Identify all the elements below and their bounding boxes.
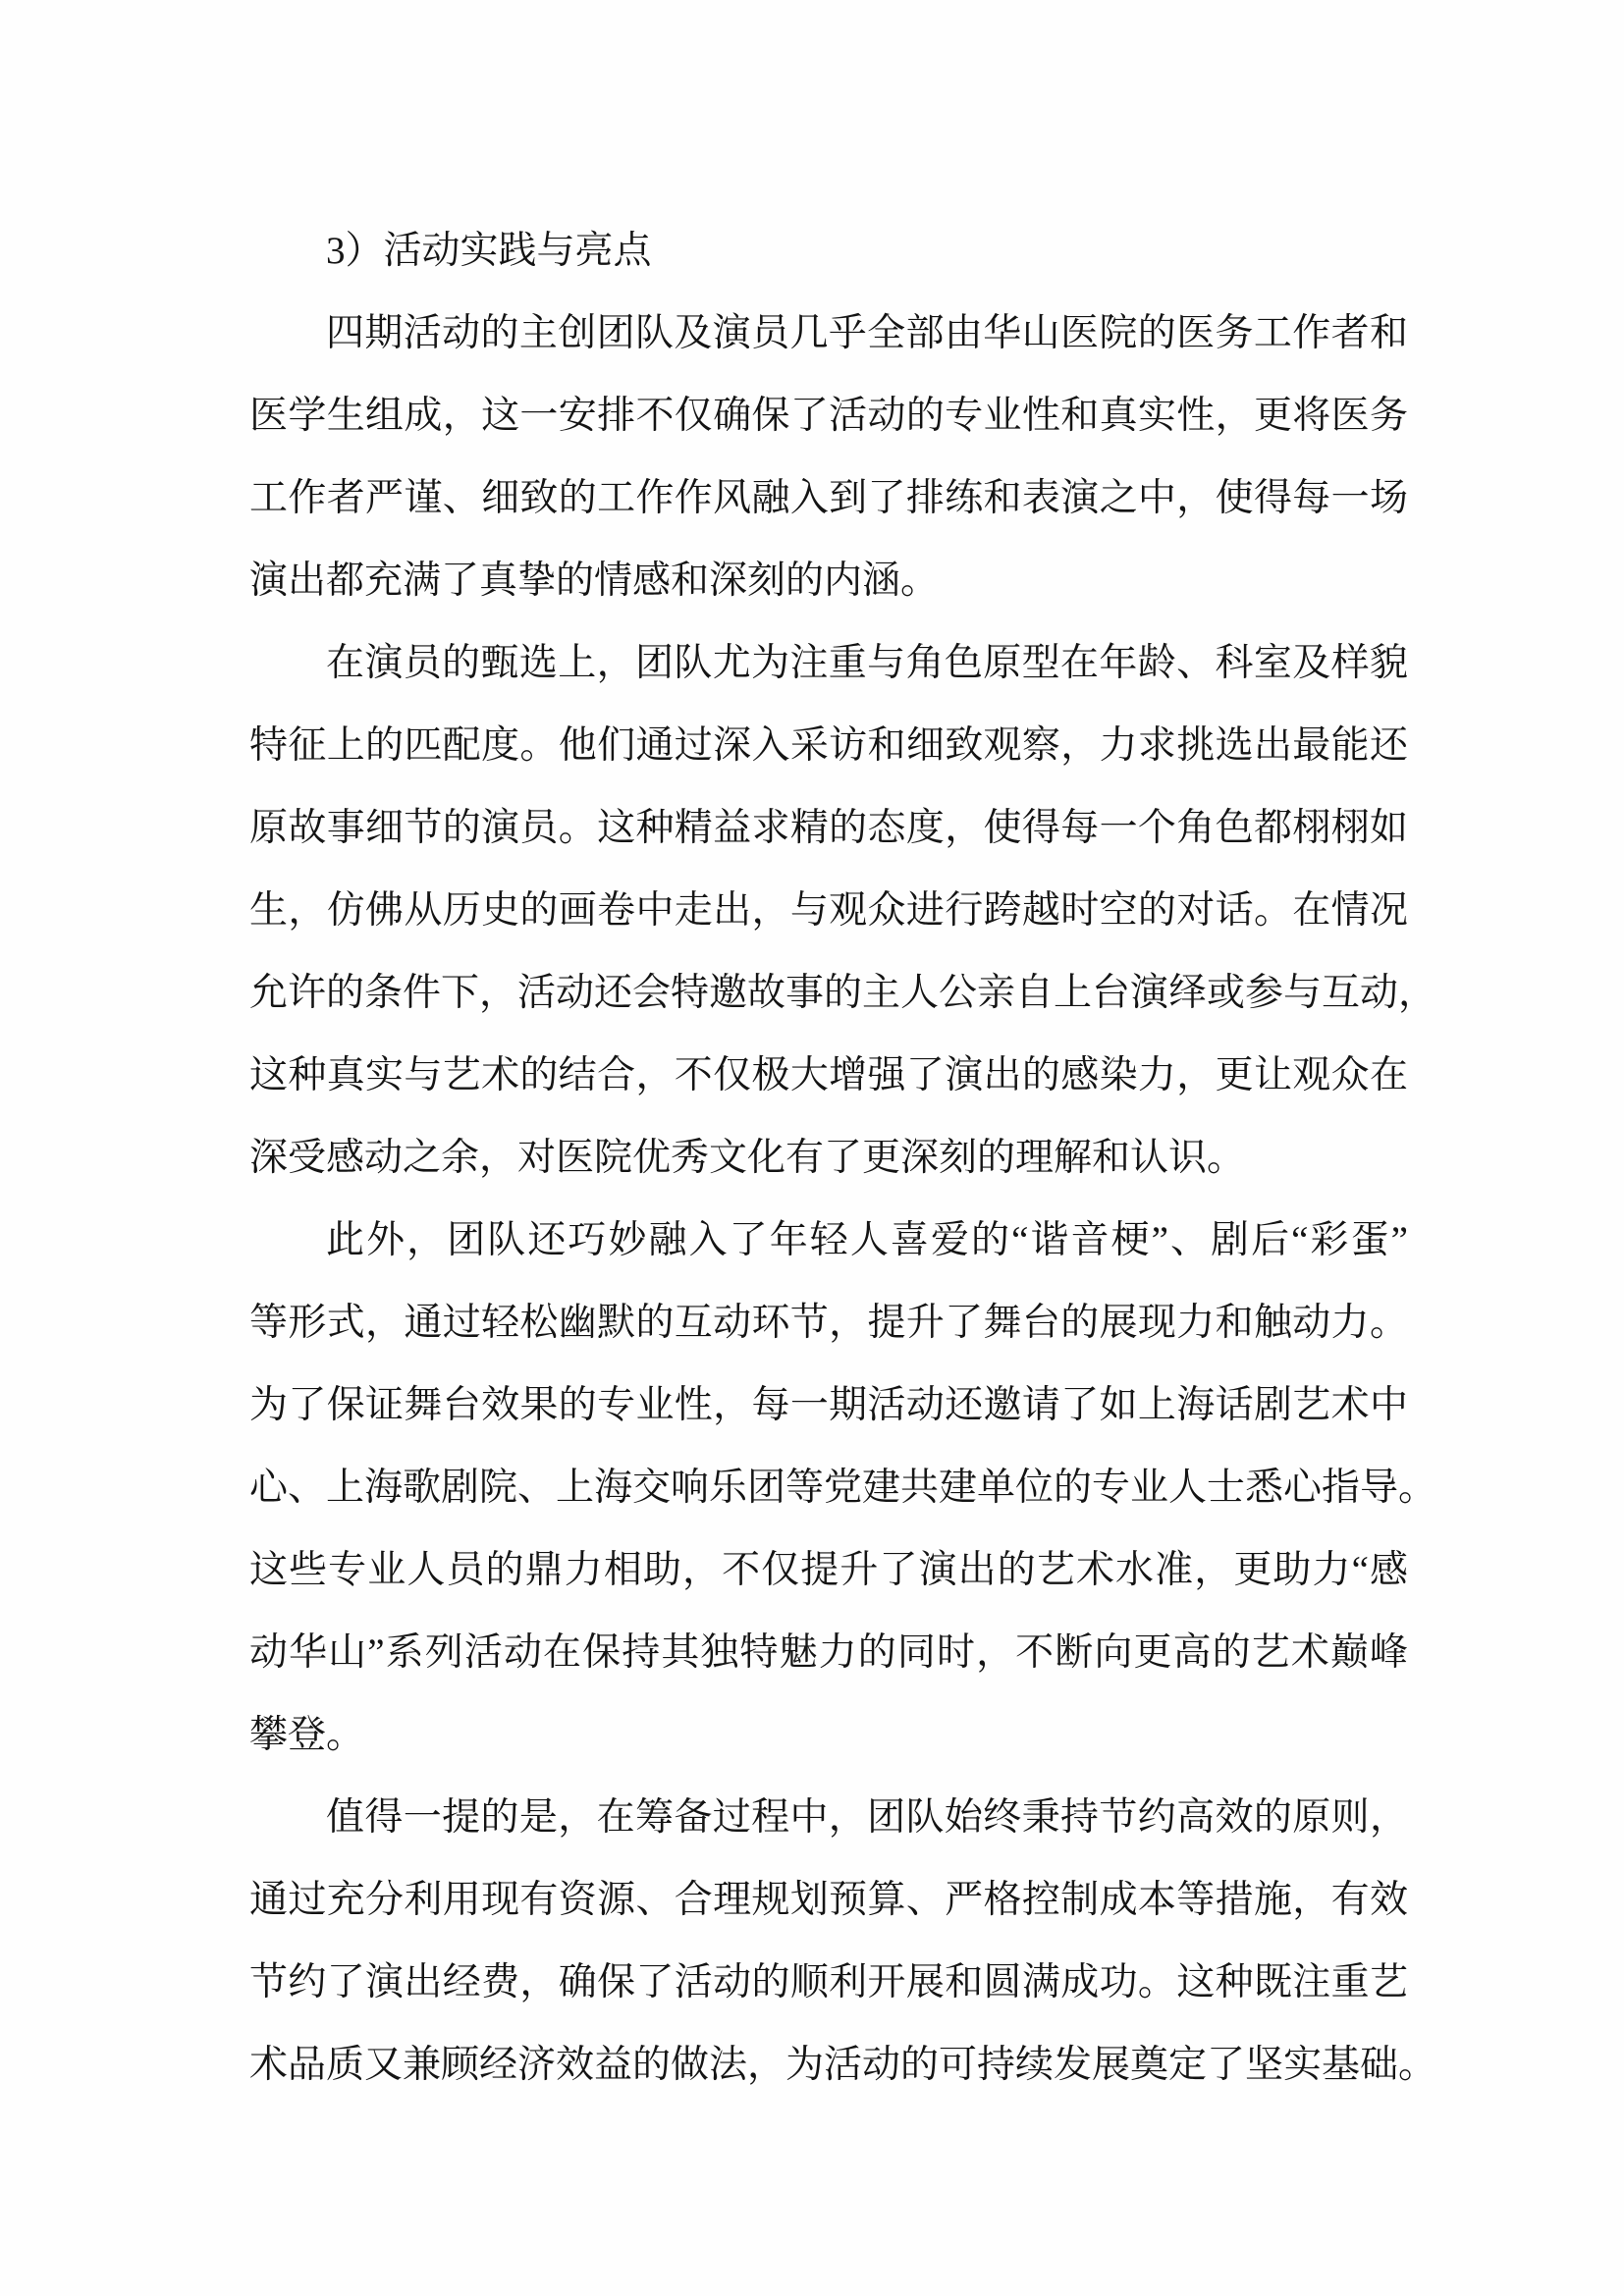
text-line: 此外，团队还巧妙融入了年轻人喜爱的“谐音梗”、剧后“彩蛋”	[249, 1200, 1408, 1282]
text-line: 工作者严谨、细致的工作作风融入到了排练和表演之中，使得每一场	[249, 457, 1408, 540]
text-line: 术品质又兼顾经济效益的做法，为活动的可持续发展奠定了坚实基础。	[249, 2024, 1408, 2107]
document-page: 3）活动实践与亮点 四期活动的主创团队及演员几乎全部由华山医院的医务工作者和 医…	[0, 0, 1624, 2296]
text-line: 节约了演出经费，确保了活动的顺利开展和圆满成功。这种既注重艺	[249, 1942, 1408, 2024]
text-line: 这种真实与艺术的结合，不仅极大增强了演出的感染力，更让观众在	[249, 1035, 1408, 1117]
text-line: 心、上海歌剧院、上海交响乐团等党建共建单位的专业人士悉心指导。	[249, 1447, 1408, 1529]
text-line: 医学生组成，这一安排不仅确保了活动的专业性和真实性，更将医务	[249, 375, 1408, 457]
text-line: 攀登。	[249, 1694, 1408, 1777]
text-line: 在演员的甄选上，团队尤为注重与角色原型在年龄、科室及样貌	[249, 622, 1408, 705]
text-line: 四期活动的主创团队及演员几乎全部由华山医院的医务工作者和	[249, 293, 1408, 375]
text-line: 值得一提的是，在筹备过程中，团队始终秉持节约高效的原则，	[249, 1777, 1408, 1859]
text-line: 为了保证舞台效果的专业性，每一期活动还邀请了如上海话剧艺术中	[249, 1364, 1408, 1447]
text-block: 3）活动实践与亮点 四期活动的主创团队及演员几乎全部由华山医院的医务工作者和 医…	[249, 210, 1408, 2107]
text-line: 生，仿佛从历史的画卷中走出，与观众进行跨越时空的对话。在情况	[249, 870, 1408, 952]
section-heading: 3）活动实践与亮点	[249, 210, 1408, 293]
text-line: 等形式，通过轻松幽默的互动环节，提升了舞台的展现力和触动力。	[249, 1282, 1408, 1364]
text-line: 演出都充满了真挚的情感和深刻的内涵。	[249, 540, 1408, 622]
text-line: 通过充分利用现有资源、合理规划预算、严格控制成本等措施，有效	[249, 1859, 1408, 1942]
text-line: 深受感动之余，对医院优秀文化有了更深刻的理解和认识。	[249, 1117, 1408, 1200]
text-line: 允许的条件下，活动还会特邀故事的主人公亲自上台演绎或参与互动，	[249, 952, 1408, 1035]
text-line: 动华山”系列活动在保持其独特魅力的同时，不断向更高的艺术巅峰	[249, 1612, 1408, 1694]
text-line: 特征上的匹配度。他们通过深入采访和细致观察，力求挑选出最能还	[249, 705, 1408, 787]
text-line: 原故事细节的演员。这种精益求精的态度，使得每一个角色都栩栩如	[249, 787, 1408, 870]
text-line: 这些专业人员的鼎力相助，不仅提升了演出的艺术水准，更助力“感	[249, 1529, 1408, 1612]
